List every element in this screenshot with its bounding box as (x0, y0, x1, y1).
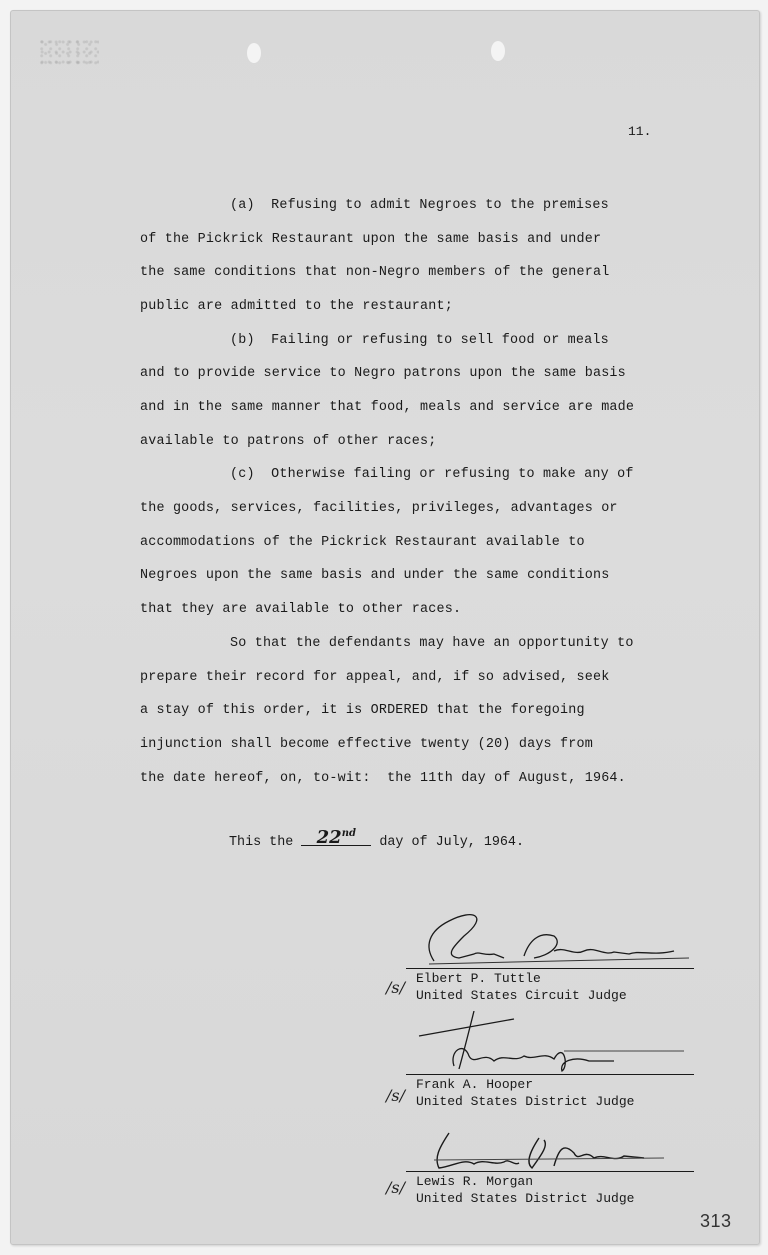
paragraph-b-line: and to provide service to Negro patrons … (140, 366, 626, 381)
signature-block-morgan: /s/ Lewis R. Morgan United States Distri… (386, 1128, 706, 1228)
paragraph-b-line: available to patrons of other races; (140, 434, 437, 449)
handwritten-signature-icon (414, 1011, 694, 1073)
paragraph-c-line: accommodations of the Pickrick Restauran… (140, 535, 585, 550)
paragraph-b-line: and in the same manner that food, meals … (140, 400, 634, 415)
document-page: 11. (a) Refusing to admit Negroes to the… (10, 10, 760, 1245)
signer-title: United States District Judge (416, 1094, 634, 1109)
date-suffix: day of July, 1964. (371, 835, 524, 850)
signer-title: United States Circuit Judge (416, 988, 627, 1003)
order-paragraph-line: prepare their record for appeal, and, if… (140, 670, 609, 685)
signature-block-tuttle: /s/ Elbert P. Tuttle United States Circu… (386, 906, 706, 1016)
handwritten-day-number: 22 (317, 827, 342, 848)
punch-hole-right (491, 41, 505, 61)
signature-block-hooper: /s/ Frank A. Hooper United States Distri… (386, 1011, 706, 1111)
punch-hole-left (247, 43, 261, 63)
paragraph-c-line: the goods, services, facilities, privile… (140, 501, 618, 516)
date-prefix: This the (229, 835, 301, 850)
signer-name: Elbert P. Tuttle (416, 971, 541, 986)
page-number: 11. (628, 124, 651, 139)
signature-line (406, 1074, 694, 1075)
paragraph-c-line: (c) Otherwise failing or refusing to mak… (230, 467, 634, 482)
paragraph-a-line: (a) Refusing to admit Negroes to the pre… (230, 198, 609, 213)
signature-line (406, 968, 694, 969)
signature-mark: /s/ (386, 1178, 405, 1197)
signer-name: Lewis R. Morgan (416, 1174, 533, 1189)
handwritten-day: 22nd (301, 827, 371, 846)
signature-mark: /s/ (386, 1086, 405, 1105)
date-line: This the 22nd day of July, 1964. (229, 829, 524, 850)
order-paragraph-line: injunction shall become effective twenty… (140, 737, 593, 752)
order-paragraph-line: the date hereof, on, to-wit: the 11th da… (140, 771, 626, 786)
paper-stain (39, 39, 99, 67)
handwritten-day-suffix: nd (342, 828, 356, 839)
order-paragraph-line: So that the defendants may have an oppor… (230, 636, 634, 651)
paragraph-c-line: that they are available to other races. (140, 602, 461, 617)
paragraph-b-line: (b) Failing or refusing to sell food or … (230, 333, 609, 348)
handwritten-signature-icon (414, 906, 694, 966)
signer-title: United States District Judge (416, 1191, 634, 1206)
paragraph-a-line: the same conditions that non-Negro membe… (140, 265, 609, 280)
archive-number: 313 (700, 1211, 732, 1232)
paragraph-a-line: of the Pickrick Restaurant upon the same… (140, 232, 601, 247)
signature-line (406, 1171, 694, 1172)
paragraph-a-line: public are admitted to the restaurant; (140, 299, 453, 314)
paragraph-c-line: Negroes upon the same basis and under th… (140, 568, 609, 583)
handwritten-signature-icon (414, 1128, 694, 1173)
order-paragraph-line: a stay of this order, it is ORDERED that… (140, 703, 585, 718)
signature-mark: /s/ (386, 978, 405, 997)
signer-name: Frank A. Hooper (416, 1077, 533, 1092)
